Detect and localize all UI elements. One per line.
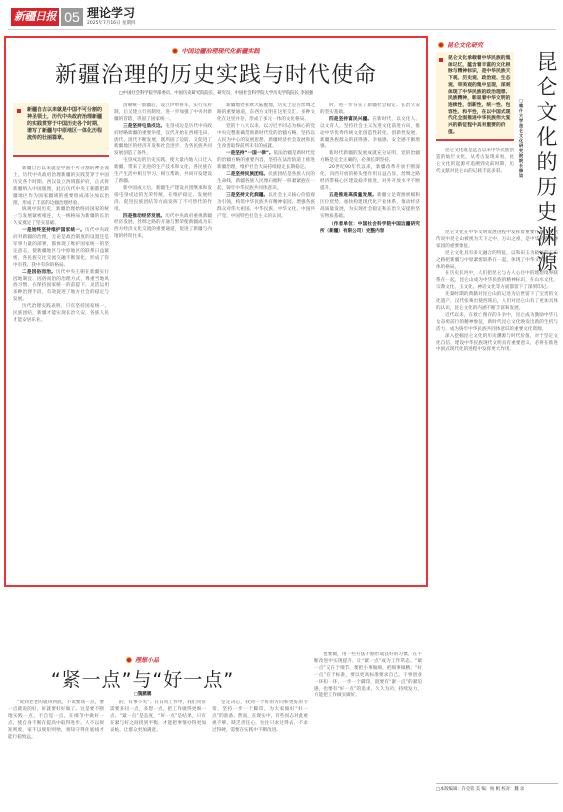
author-affiliation-note: （作者单位：中国社会科学院中国边疆研究所（新疆）有限公司）完整内容 (320, 222, 420, 236)
section-title: 理论学习 (87, 6, 135, 20)
subsection-heading: 二是因俗而治。 (22, 270, 56, 275)
body-paragraph: 深入挖掘昆仑文化的历史渊源与时代价值，对于坚定文化自信、建设中华民族现代文明具有… (436, 334, 558, 355)
newspaper-logo: 新疆日报 (11, 8, 59, 26)
subsection-paragraph: 五是推进高质量发展。新疆立足资源禀赋和区位优势，加快构建现代化产业体系，推动经济… (320, 193, 420, 221)
body-paragraph: 新中国成立后，新疆生产建设兵团继承和发扬屯垦戍边的光荣传统，在维护稳定、发展经济… (114, 186, 212, 214)
feature-summary-text: 新疆自古以来就是中国不可分割的神圣领土，历代中央政府治理新疆的实践贯穿于中国历史… (27, 107, 105, 142)
subsection-heading: 三是坚持文化润疆。 (226, 193, 268, 198)
body-paragraph: 新疆自古以来就是中国不可分割的神圣领土，历代中央政府治理新疆的实践贯穿于中国历史… (13, 166, 109, 207)
subsection-paragraph: 四是坚持富民兴疆。在新时代，以文化人、以文育人，坚持社会主义先进文化前进方向，推… (320, 117, 420, 152)
subsection-paragraph: 三是坚持文化润疆。以社会主义核心价值观为引领，构筑中华民族共有精神家园，增强各族… (217, 193, 315, 221)
subsection-heading: 四是坚持富民兴疆。 (329, 117, 372, 122)
feature-column-2: 清朝统一新疆后，设立伊犁将军，实行军府制，后又建立行省制度，进一步加强了中央对新… (114, 103, 212, 584)
body-paragraph: 20世纪90年代以来，新疆改革开放不断深化，向西开放的桥头堡作用日益凸显，丝绸之… (320, 165, 420, 193)
subsection-paragraph: 四是推动经济发展。历代中央政府重视新疆经济发展，丝绸之路的开通与繁荣使新疆成为东… (114, 214, 212, 242)
body-paragraph: 新疆地处亚欧大陆腹地，历史上是古丝绸之路的重要通道，东西方文明在这里交汇，多种文… (217, 103, 315, 124)
subsection-paragraph: 一是坚持“一国一律”。依法治疆是新时代党的治疆方略的重要内容，坚持在法治轨道上推… (217, 151, 315, 172)
bullet-square-icon (439, 58, 443, 62)
feature-column-1: 新疆自古以来就是中国不可分割的神圣领土，历代中央政府治理新疆的实践贯穿于中国历史… (13, 166, 109, 584)
feature-column-4: 时，进一步夯实了新疆社会稳定、长治久安的坚实基础。四是坚持富民兴疆。在新时代，以… (320, 103, 420, 584)
body-paragraph: 昆仑文化具有多元融合的特征，以和田玉为载体的玉石之路把新疆与中原紧密联系在一起，… (436, 251, 558, 272)
feature-byline: □中国社会科学院学部委员、中国历史研究院院长、研究员，中国社会科学院大学历史学院… (6, 90, 426, 96)
feature-column-3: 新疆地处亚欧大陆腹地，历史上是古丝绸之路的重要通道，东西方文明在这里交汇，多种文… (217, 103, 315, 584)
page-credits: □本版编辑：许克钦 美 编：杨 帆 校对：魏 录 (436, 787, 558, 793)
lower-article-headline: “紧一点”与“好一点” (0, 665, 285, 692)
body-paragraph: 近代以来，在救亡图存的斗争中，昆仑成为激励中华儿女奋勇前行的精神象征，新时代昆仑… (436, 313, 558, 334)
page-number: 05 (61, 8, 83, 26)
summary-divider (13, 155, 109, 157)
right-feature-column-b: 昆仑文化在中华文明发展进程中发挥着重要作用，神话传说中昆仑山被视为天下之中、万山… (436, 230, 558, 755)
body-paragraph: 纵观中国历史，新疆治理始终同国家的统一与发展紧密相连，大一统格局为新疆的长治久安… (13, 207, 109, 228)
subsection-paragraph: 二是坚持民族团结。民族团结是各族人民的生命线，新疆各族人民像石榴籽一样紧紧抱在一… (217, 172, 315, 193)
subsection-heading: 四是推动经济发展。 (123, 214, 165, 219)
column-badge-icon (126, 657, 132, 663)
column-badge-icon (172, 48, 178, 54)
subsection-heading: 五是推进高质量发展。 (329, 193, 377, 198)
right-feature-summary-text: 昆仑文化承载着中华民族的集体记忆，蕴含着丰富的文化根脉与精神标识，是中华民族天下… (448, 56, 511, 136)
subsection-paragraph: 三是坚持屯垦戍边。屯垦戍边是历代中央政府经略新疆的重要举措，汉代开始在西域屯田，… (114, 124, 212, 159)
lower-article-kicker: 理想小品 (0, 655, 285, 664)
masthead: 新疆日报 05 理论学习 2025年7月16日 星期四 (8, 6, 558, 28)
lower-article-column-3: 坚定决心，找到一个好的方向和更好的节奏，坚持一步一个脚印，为大家做好“好一点”的… (212, 700, 308, 800)
subsection-heading: 一是坚持“一国一律”。 (226, 151, 274, 156)
body-paragraph: 清朝统一新疆后，设立伊犁将军，实行军府制，后又建立行省制度，进一步加强了中央对新… (114, 103, 212, 124)
header-divider (8, 29, 556, 30)
subsection-heading: 三是坚持屯垦戍边。 (123, 124, 165, 129)
body-paragraph: 昆仑文化在中华文明发展进程中发挥着重要作用，神话传说中昆仑山被视为天下之中、万山… (436, 230, 558, 251)
body-paragraph: 党的十八大以来，以习近平同志为核心的党中央完整准确贯彻新时代党的治疆方略，坚持以… (217, 124, 315, 152)
subsection-heading: 二是坚持民族团结。 (226, 172, 268, 177)
body-paragraph: 时，进一步夯实了新疆社会稳定、长治久安的坚实基础。 (320, 103, 420, 117)
feature-kicker: 中国边疆治理现代化新疆实践 (6, 46, 426, 55)
feature-summary-box: 新疆自古以来就是中国不可分割的神圣领土，历代中央政府治理新疆的实践贯穿于中国历史… (13, 103, 109, 153)
subsection-paragraph: 一是始终坚持维护国家统一。历代中央政府对新疆的治理，无论是政治制度的设置还是军事… (13, 228, 109, 269)
lower-article-byline: □魏鹏鹏 (0, 691, 285, 697)
feature-headline: 新疆治理的历史实践与时代使命 (6, 58, 426, 89)
lower-article-column-1: “说到老老的就讲到底，不说要谈一点，要一点就说的好，好就要好好做了。这是要不断地… (8, 700, 104, 800)
subsection-paragraph: 二是因俗而治。历代中央王朝在新疆实行因地制宜、因俗而治的治理方式，尊重当地风俗习… (13, 270, 109, 305)
issue-date: 2025年7月16日 星期四 (87, 21, 135, 27)
body-paragraph: 先秦时期的典籍对昆仑山的记述为后世留下了宝贵的文化遗产，汉代张骞出使西域后，人们… (436, 292, 558, 313)
credit-divider (436, 783, 558, 784)
lower-article-column-2: 的，有事不失”。在日常工作中，我们常常需要多问一点，多想一点，把工作做得更细一点… (110, 700, 206, 800)
body-paragraph: 新时代新疆的发展成就充分证明，党的治疆方略是完全正确的，必须长期坚持。 (320, 151, 420, 165)
right-feature-kicker: 昆仑文化研究 (438, 40, 483, 49)
body-paragraph: 历代治理实践表明，只有坚持国家统一、民族团结，新疆才能实现长治久安，各族人民才能… (13, 304, 109, 325)
right-feature-byline: □喀什大学昆仑文化研究院院长 修谈 (519, 98, 527, 178)
body-paragraph: 在历史长河中，人们把昆仑与古人心目中的理想境界联系在一起，昆仑山成为中华民族的精… (436, 271, 558, 292)
bullet-square-icon (17, 109, 21, 113)
body-paragraph: 屯垦戍边的历史实践，使大量内地人口迁入新疆，带来了先进的生产技术和文化，各民族在… (114, 158, 212, 186)
main-feature-article: 中国边疆治理现代化新疆实践 新疆治理的历史实践与时代使命 □中国社会科学院学部委… (4, 36, 428, 587)
right-feature-column-a: 昆仑文化既是远古以来中华民族创造的灿烂文化，从考古发现来看，昆仑文化的起源可追溯… (436, 148, 514, 228)
right-summary-divider (436, 139, 514, 141)
lower-article-column-4: 也要做，用一些方法不断形成良好的习惯，在不断改进中实现提升，让“紧一点”成为工作… (314, 652, 422, 800)
column-badge-icon (438, 42, 444, 48)
right-feature-summary-box: 昆仑文化承载着中华民族的集体记忆，蕴含着丰富的文化根脉与精神标识，是中华民族天下… (436, 52, 514, 138)
subsection-heading: 一是始终坚持维护国家统一。 (22, 228, 85, 233)
